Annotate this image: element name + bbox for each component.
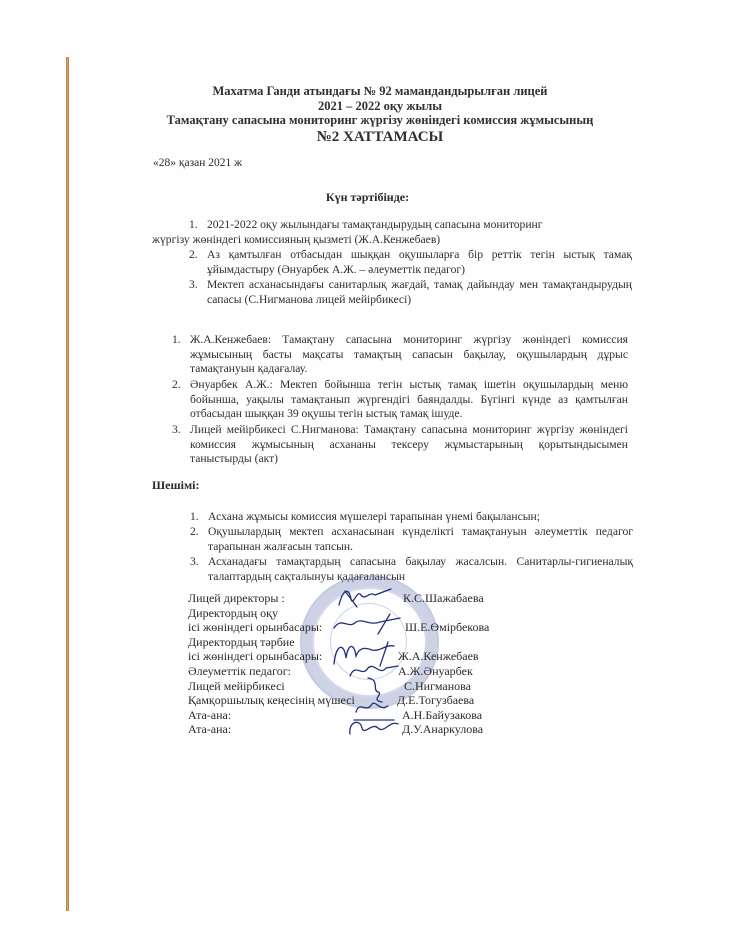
agenda-item-3: Мектеп асханасындағы санитарлық жағдай, …	[207, 278, 632, 307]
parent-2-signature-icon	[346, 716, 401, 738]
agenda-item-number: 2.	[189, 248, 198, 263]
decision-item-3: Асханадағы тамақтардың сапасына бақылау …	[208, 555, 633, 584]
school-name: Махатма Ганди атындағы № 92 мамандандыры…	[100, 84, 660, 99]
signature-name: А.Н.Байузакова	[402, 708, 482, 723]
agenda-item-number: 1.	[189, 218, 198, 233]
report-item-1: Ж.А.Кенжебаев: Тамақтану сапасына монито…	[190, 333, 628, 377]
document-page: Махатма Ганди атындағы № 92 мамандандыры…	[0, 0, 735, 950]
decision-item-number: 3.	[190, 555, 199, 570]
signature-role: Әлеуметтік педагог:	[188, 664, 291, 679]
signature-name: К.С.Шажабаева	[403, 591, 484, 606]
signature-role: Қамқоршылық кеңесінің мүшесі	[188, 693, 355, 708]
signature-role: ісі жөніндегі орынбасары:	[188, 620, 322, 635]
decision-item-number: 2.	[190, 525, 199, 540]
report-item-2: Әнуарбек А.Ж.: Мектеп бойынша тегін ысты…	[190, 378, 628, 422]
agenda-item-number: 3.	[189, 278, 198, 293]
stamp-emblem	[330, 603, 407, 680]
signature-role: Ата-ана:	[188, 722, 231, 737]
signature-name: Ж.А.Кенжебаев	[398, 649, 479, 664]
decision-item-2: Оқушылардың мектеп асханасынан күнделікт…	[208, 525, 633, 554]
signature-role: Директордың тәрбие	[188, 635, 295, 650]
academic-year: 2021 – 2022 оқу жылы	[100, 99, 660, 114]
document-date: «28» қазан 2021 ж	[153, 157, 242, 169]
agenda-item-1-line2: жүргізу жөніндегі комиссияның қызметі (Ж…	[152, 233, 440, 248]
agenda-item-2: Аз қамтылған отбасыдан шыққан оқушыларға…	[207, 248, 632, 277]
signature-name: Ш.Е.Өмірбекова	[405, 620, 489, 635]
signature-name: Д.Е.Тогузбаева	[397, 693, 474, 708]
decision-item-number: 1.	[190, 510, 199, 525]
decision-item-1: Асхана жұмысы комиссия мүшелері тарапына…	[208, 510, 633, 525]
signature-name: С.Нигманова	[404, 679, 471, 694]
agenda-item-1-line1: 2021-2022 оқу жылындағы тамақтандырудың …	[207, 218, 627, 233]
signature-role: Директордың оқу	[188, 606, 278, 621]
document-header: Махатма Ганди атындағы № 92 мамандандыры…	[100, 84, 660, 146]
decision-title: Шешімі:	[152, 478, 199, 493]
signature-name: А.Ж.Әнуарбек	[398, 664, 473, 679]
signature-role: Лицей директоры :	[188, 591, 285, 606]
commission-name: Тамақтану сапасына мониторинг жүргізу жө…	[100, 113, 660, 128]
signature-role: ісі жөніндегі орынбасары:	[188, 649, 322, 664]
signature-role: Лицей мейірбикесі	[188, 679, 285, 694]
protocol-title: №2 ХАТТАМАСЫ	[100, 128, 660, 146]
agenda-title: Күн тәртібінде:	[0, 190, 735, 205]
signature-role: Ата-ана:	[188, 708, 231, 723]
report-item-number: 3.	[172, 423, 181, 438]
report-item-number: 2.	[172, 378, 181, 393]
report-item-number: 1.	[172, 333, 181, 348]
binding-margin-line	[66, 57, 69, 911]
report-item-3: Лицей мейірбикесі С.Нигманова: Тамақтану…	[190, 423, 628, 467]
signature-name: Д.У.Анаркулова	[402, 722, 483, 737]
